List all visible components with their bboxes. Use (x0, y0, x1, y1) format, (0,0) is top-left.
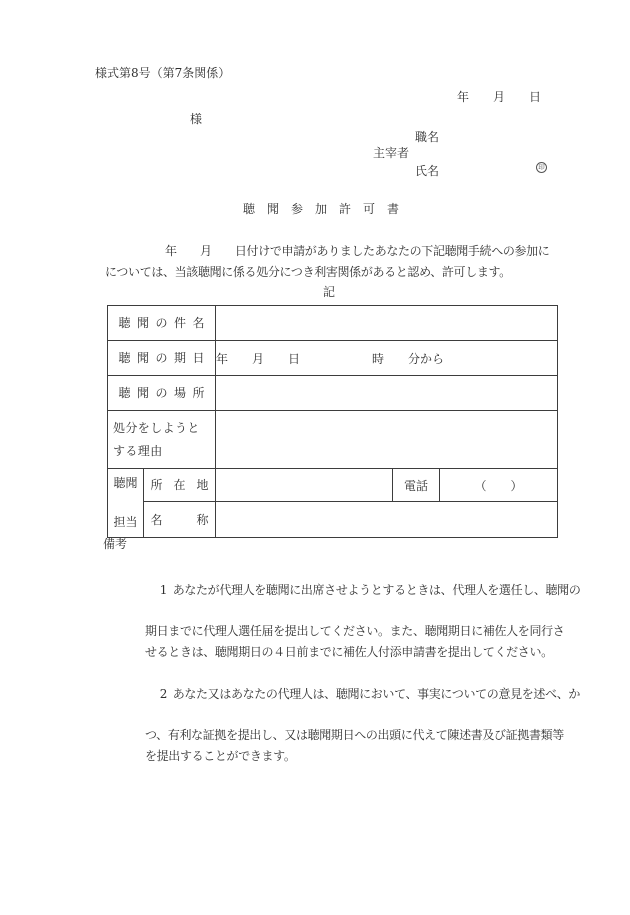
presider-title-label: 職名 (415, 131, 439, 143)
matter-label-cell: 聴聞の件名 (108, 306, 216, 341)
matter-value-cell (216, 306, 558, 341)
form-number: 様式第8号（第7条関係） (95, 67, 230, 79)
phone-label-cell: 電話 (393, 469, 440, 502)
table-row: 聴聞の場所 (108, 376, 558, 411)
reason-value-cell (216, 411, 558, 469)
remarks-heading: 備考 (103, 538, 565, 550)
name-label-cell: 名称 (144, 502, 216, 538)
table-row: 処分をしようと する理由 (108, 411, 558, 469)
address-value-cell (216, 469, 393, 502)
remark-line: つ、有利な証拠を提出し、又は聴聞期日への出頭に代えて陳述書及び証拠書類等 (132, 725, 565, 746)
address-label-cell: 所在地 (144, 469, 216, 502)
presider-name-label: 氏名 (415, 165, 439, 177)
name-value-cell (216, 502, 558, 538)
seal-char: 印 (538, 164, 545, 171)
reason-label-cell: 処分をしようと する理由 (108, 411, 216, 469)
remark-item-1: 1あなたが代理人を聴聞に出席させようとするときは、代理人を選任し、聴聞の 期日ま… (132, 559, 565, 663)
presider-role-label: 主宰者 (373, 147, 409, 159)
hearing-details-table: 聴聞の件名 聴聞の期日 年 月 日 時 分から 聴聞の場所 処分をしようと する… (107, 305, 558, 538)
table-row: 聴聞の件名 (108, 306, 558, 341)
date-value-cell: 年 月 日 時 分から (216, 341, 558, 376)
table-row: 聴聞 担当 所在地 電話 （ ） (108, 469, 558, 502)
date-line: 年 月 日 (457, 91, 541, 103)
place-label-cell: 聴聞の場所 (108, 376, 216, 411)
remark-line: 期日までに代理人選任届を提出してください。また、聴聞期日に補佐人を同行さ (132, 621, 565, 642)
contact-group-line1: 聴聞 (113, 477, 137, 489)
table-row: 名称 (108, 502, 558, 538)
reason-label: 処分をしようと する理由 (108, 411, 215, 468)
remark-text: あなた又はあなたの代理人は、聴聞において、事実についての意見を述べ、か (173, 687, 580, 701)
date-label: 聴聞の期日 (119, 352, 205, 364)
contact-group-line2: 担当 (113, 516, 137, 528)
remark-text: あなたが代理人を聴聞に出席させようとするときは、代理人を選任し、聴聞の (173, 583, 581, 597)
document-title: 聴 聞 参 加 許 可 書 (243, 203, 399, 215)
document-page: 様式第8号（第7条関係） 年 月 日 様 職名 主宰者 氏名 印 聴 聞 参 加… (0, 0, 630, 915)
place-label: 聴聞の場所 (119, 387, 205, 399)
addressee-honorific: 様 (190, 113, 202, 125)
address-label: 所在地 (151, 479, 209, 491)
remarks-section: 備考 1あなたが代理人を聴聞に出席させようとするときは、代理人を選任し、聴聞の … (103, 538, 565, 767)
intro-line-2: については、当該聴聞に係る処分につき利害関係があると認め、許可します。 (105, 266, 511, 278)
remark-line: 1あなたが代理人を聴聞に出席させようとするときは、代理人を選任し、聴聞の (132, 559, 565, 621)
remark-item-2: 2あなた又はあなたの代理人は、聴聞において、事実についての意見を述べ、か つ、有… (132, 663, 565, 767)
matter-label: 聴聞の件名 (119, 317, 205, 329)
remark-number: 1 (160, 580, 173, 601)
phone-value-cell: （ ） (440, 469, 558, 502)
remark-line: を提出することができます。 (132, 746, 565, 767)
contact-group-cell: 聴聞 担当 (108, 469, 144, 538)
record-mark: 記 (323, 286, 335, 298)
place-value-cell (216, 376, 558, 411)
seal-icon: 印 (536, 162, 547, 173)
intro-line-1: 年 月 日付けで申請がありましたあなたの下記聴聞手続への参加に (165, 245, 549, 257)
table-row: 聴聞の期日 年 月 日 時 分から (108, 341, 558, 376)
remark-line: せるときは、聴聞期日の４日前までに補佐人付添申請書を提出してください。 (132, 642, 565, 663)
remark-line: 2あなた又はあなたの代理人は、聴聞において、事実についての意見を述べ、か (132, 663, 565, 725)
remark-number: 2 (160, 684, 173, 705)
name-label: 名称 (151, 514, 209, 526)
date-label-cell: 聴聞の期日 (108, 341, 216, 376)
